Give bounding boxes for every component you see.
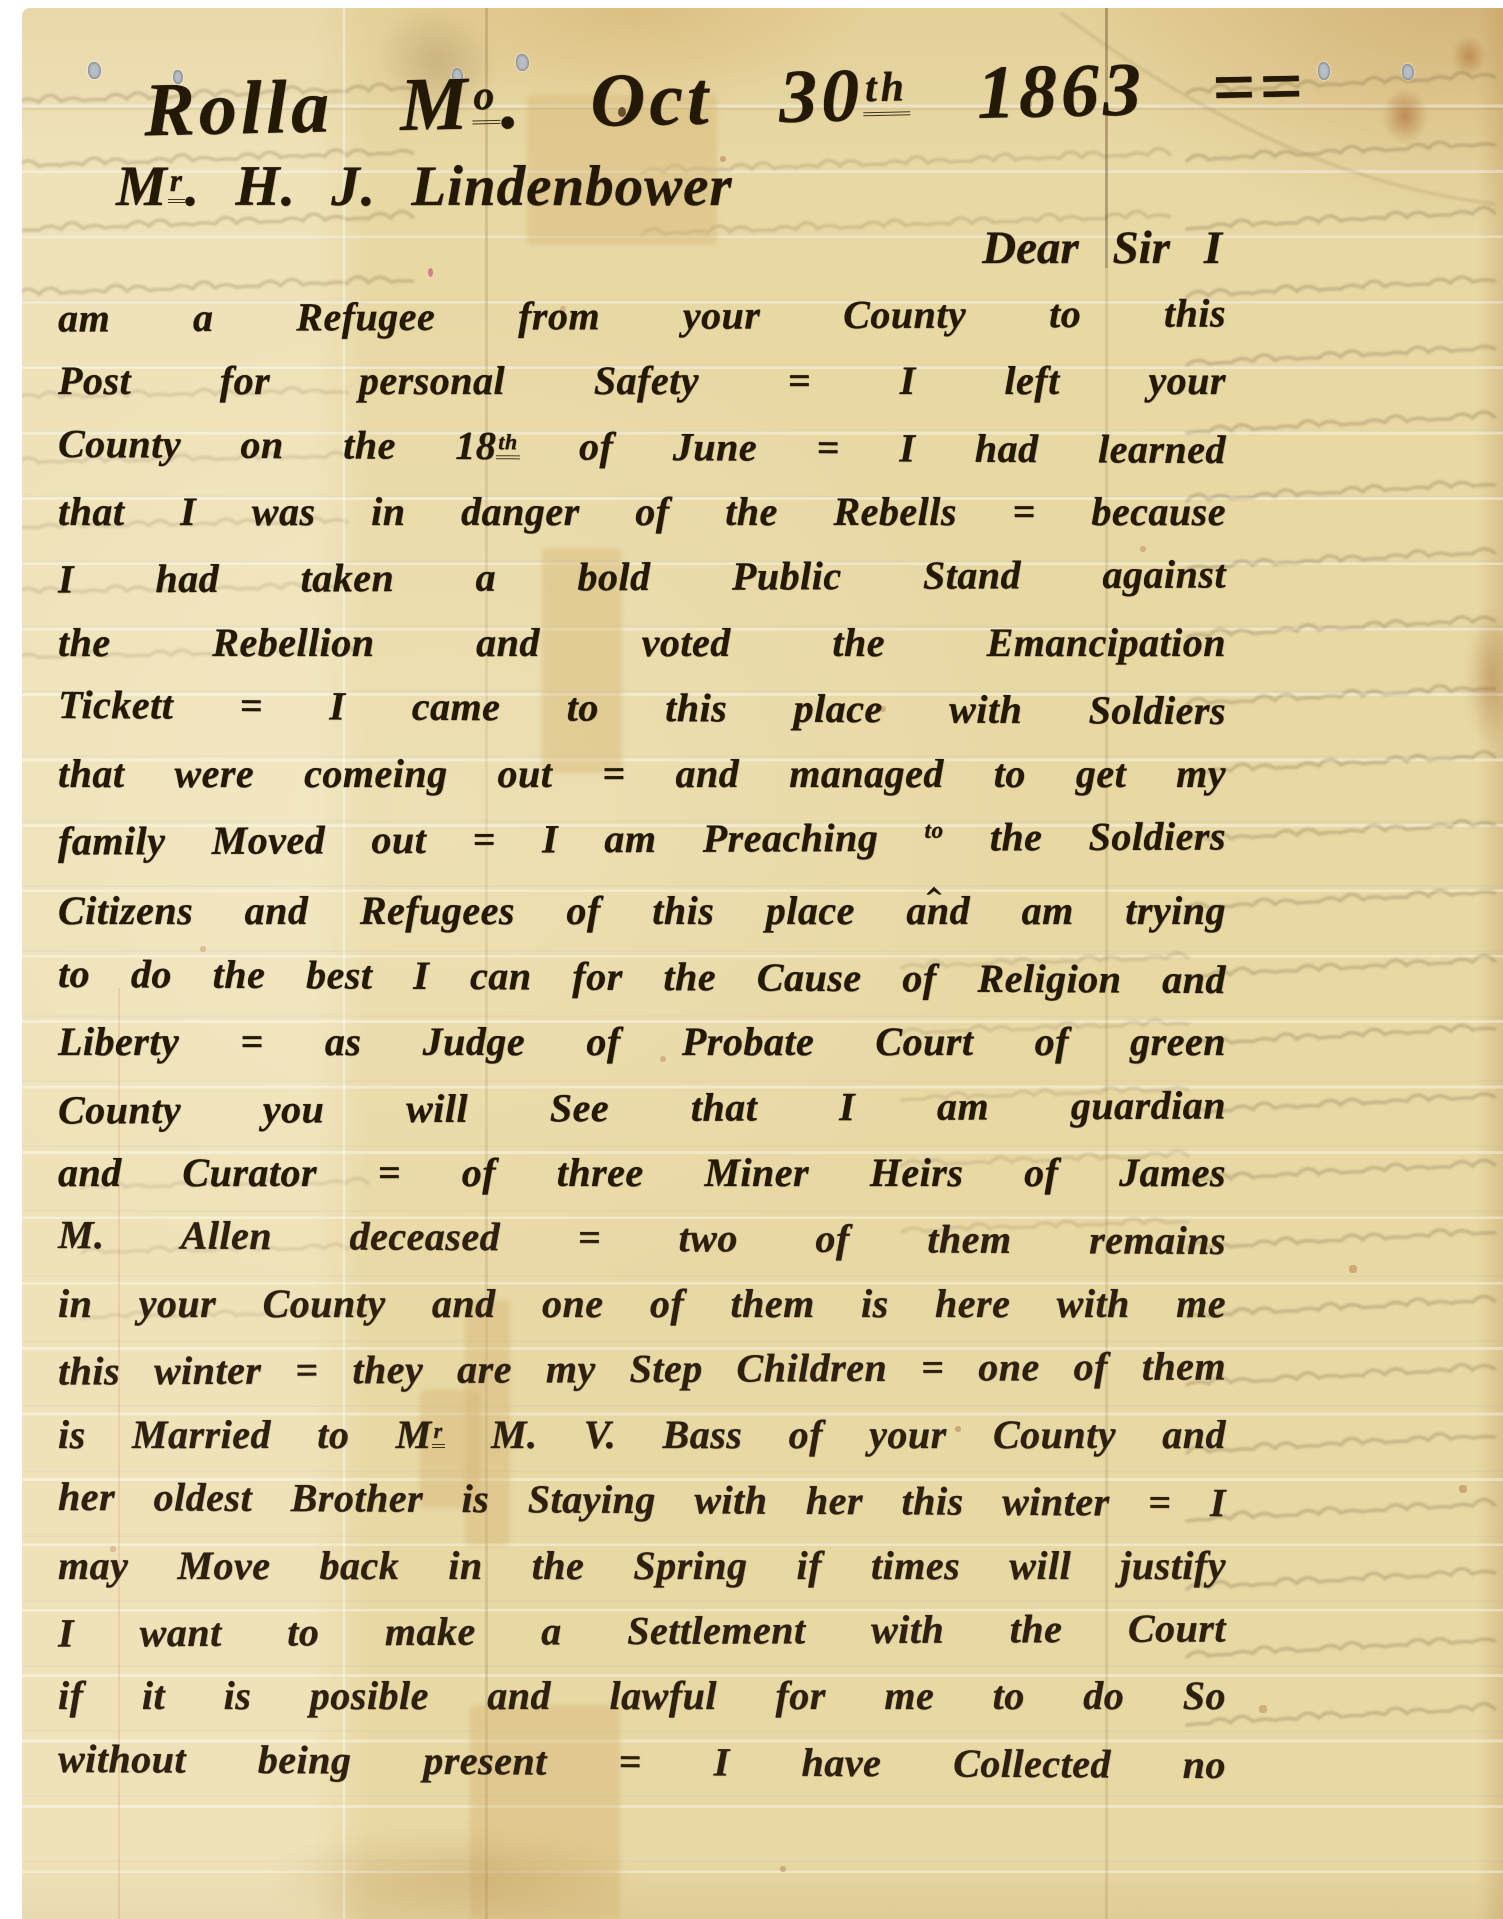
- letter-line-12: Liberty = as Judge of Probate Court of g…: [58, 1009, 1226, 1074]
- letter-line-16: in your County and one of them is here w…: [58, 1271, 1226, 1336]
- letter-line-9: family Moved out = I am Preaching to the…: [58, 803, 1226, 881]
- letter-line-8: that were comeing out = and managed to g…: [58, 741, 1226, 806]
- bottom-stain: [262, 1830, 642, 1919]
- letter-line-7: Tickett = I came to this place with Sold…: [58, 672, 1226, 744]
- letter-line-3: County on the 18th of June = I had learn…: [58, 411, 1226, 483]
- rust-stain: [1382, 88, 1428, 144]
- letter-line-11: to do the best I can for the Cause of Re…: [58, 941, 1226, 1013]
- dateline: Rolla Mo. Oct 30th 1863 ==: [143, 49, 1226, 151]
- edge-stain: [1466, 608, 1503, 748]
- letter-line-1: am a Refugee from your County to this: [58, 280, 1226, 351]
- letter-line-21: I want to make a Settlement with the Cou…: [58, 1595, 1226, 1666]
- superscript-text: o: [471, 73, 501, 125]
- pin-hole: [1318, 62, 1330, 80]
- letter-line-22: if it is posible and lawful for me to do…: [58, 1663, 1226, 1728]
- letter-line-20: may Move back in the Spring if times wil…: [58, 1533, 1226, 1598]
- letter-line-10: Citizens and Refugees of this place and …: [58, 878, 1226, 943]
- handwritten-letter: Rolla Mo. Oct 30th 1863 == Mr. H. J. Lin…: [58, 8, 1226, 1794]
- rust-stain: [1452, 36, 1486, 76]
- pin-hole: [1402, 64, 1414, 80]
- letter-line-4: that I was in danger of the Rebells = be…: [58, 479, 1226, 544]
- scanned-letter-sheet: Rolla Mo. Oct 30th 1863 == Mr. H. J. Lin…: [22, 8, 1503, 1919]
- letter-line-14: and Curator = of three Miner Heirs of Ja…: [58, 1140, 1226, 1205]
- letter-line-15: M. Allen deceased = two of them remains: [58, 1202, 1226, 1274]
- salutation: Dear Sir I: [58, 221, 1226, 275]
- superscript-text: th: [862, 64, 910, 116]
- letter-body: am a Refugee from your County to thisPos…: [58, 283, 1226, 1794]
- superscript-text: th: [496, 429, 520, 459]
- superscript-text: r: [168, 163, 185, 203]
- letter-line-23: without being present = I have Collected…: [58, 1726, 1226, 1798]
- letter-line-6: the Rebellion and voted the Emancipation: [58, 610, 1226, 675]
- letter-line-19: her oldest Brother is Staying with her t…: [58, 1464, 1226, 1536]
- letter-line-2: Post for personal Safety = I left your: [58, 348, 1226, 413]
- inserted-word: to: [924, 818, 943, 844]
- superscript-text: r: [432, 1418, 445, 1448]
- letter-line-5: I had taken a bold Public Stand against: [58, 542, 1226, 613]
- addressee-line: Mr. H. J. Lindenbower: [116, 154, 1226, 219]
- letter-line-17: this winter = they are my Step Children …: [58, 1334, 1226, 1405]
- letter-line-13: County you will See that I am guardian: [58, 1072, 1226, 1143]
- foxing-specks: [22, 8, 24, 10]
- letter-line-18: is Married to Mr M. V. Bass of your Coun…: [58, 1402, 1226, 1467]
